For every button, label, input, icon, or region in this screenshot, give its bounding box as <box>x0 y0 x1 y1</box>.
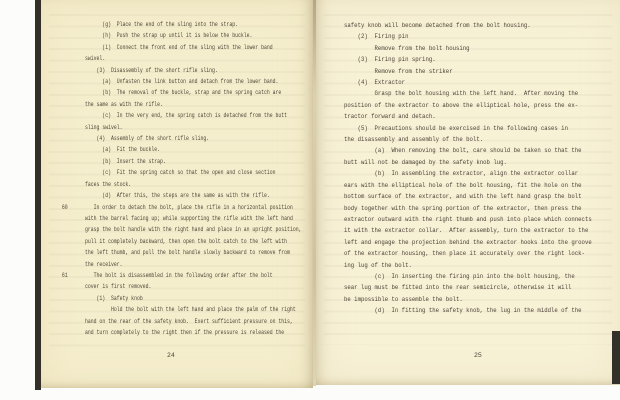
text-line-content: swivel. <box>85 55 105 62</box>
text-line-content: left and engage the projection behind th… <box>344 239 592 246</box>
text-line-content: (d) In fitting the safety knob, the lug … <box>375 307 582 314</box>
text-line-content: Remove from the bolt housing <box>375 45 470 52</box>
text-line: (3) Firing pin spring. <box>344 54 620 65</box>
text-line-content: position of the extractor to above the e… <box>344 102 578 109</box>
text-line-content: hand on the rear of the safety knob. Exe… <box>85 318 293 325</box>
text-line-content: pull it completely backward, then open t… <box>85 238 287 245</box>
text-line: ing lug of the bolt. <box>344 260 620 271</box>
text-line-content: (h) Push the strap up until it is below … <box>102 32 252 39</box>
text-line-content: (i) Connect the front end of the sling w… <box>102 44 272 51</box>
text-line: Remove from the striker <box>344 66 620 77</box>
book-edge-right <box>612 331 620 384</box>
text-line-content: extractor outward with the right thumb a… <box>344 216 592 223</box>
text-line: (d) In fitting the safety knob, the lug … <box>344 305 620 316</box>
text-line-content: it with the extractor collar. After asse… <box>344 227 588 234</box>
text-line-content: with the barrel facing up; while support… <box>85 215 293 222</box>
text-line: the disassembly and assembly of the bolt… <box>344 134 620 145</box>
text-line-content: body together with the spring portion of… <box>344 205 582 212</box>
text-line-content: ing lug of the bolt. <box>344 262 412 269</box>
text-line-content: sling swivel. <box>85 124 123 131</box>
paragraph-number: 60 <box>62 202 68 213</box>
text-line-content: be impossible to assemble the bolt. <box>344 296 463 303</box>
text-line: extractor outward with the right thumb a… <box>344 214 620 225</box>
text-line: (5) Precautions should be exercised in t… <box>344 123 620 134</box>
text-line-content: (c) In the very end, the spring catch is… <box>102 112 287 119</box>
text-line-content: (3) Firing pin spring. <box>358 56 436 63</box>
text-line: safety knob will become detached from th… <box>344 20 620 31</box>
text-line-content: (a) Unfasten the link button and detach … <box>102 78 278 85</box>
text-line-content: grasp the bolt handle with the right han… <box>85 226 301 233</box>
text-line-content: (3) Disassembly of the short rifle sling… <box>97 67 218 74</box>
text-line-content: tractor forward and detach. <box>344 113 436 120</box>
text-line: (2) Firing pin <box>344 31 620 42</box>
text-line-content: (g) Place the end of the sling into the … <box>102 21 238 28</box>
text-line-content: (d) After this, the steps are the same a… <box>102 192 269 199</box>
text-line-content: (b) Insert the strap. <box>102 158 166 165</box>
text-line: body together with the spring portion of… <box>344 203 620 214</box>
text-line-content: In order to detach the bolt, place the r… <box>94 204 293 211</box>
page-right-text: safety knob will become detached from th… <box>344 20 620 317</box>
text-line-content: bottom surface of the extractor, and wit… <box>344 193 582 200</box>
text-line-content: (4) Assembly of the short rifle sling. <box>97 135 210 142</box>
text-line-content: the same as with the rifle. <box>85 101 163 108</box>
text-line-content: butt will not be damaged by the safety k… <box>344 159 507 166</box>
text-line-content: (5) Precautions should be exercised in t… <box>358 125 568 132</box>
text-line: butt will not be damaged by the safety k… <box>344 157 620 168</box>
text-line-content: (c) In inserting the firing pin into the… <box>375 273 575 280</box>
document-scan: (g) Place the end of the sling into the … <box>0 0 620 400</box>
text-line-content: (1) Safety knob <box>97 295 143 302</box>
text-line: Grasp the bolt housing with the left han… <box>344 88 620 99</box>
text-line-content: (c) Fit the spring catch so that the ope… <box>102 169 275 176</box>
text-line: ears with the elliptical hole of the bol… <box>344 180 620 191</box>
text-line-content: The bolt is disassembled in the followin… <box>94 272 273 279</box>
text-line-content: (b) The removal of the buckle, strap and… <box>102 89 281 96</box>
text-line-content: faces the stock. <box>85 181 131 188</box>
text-line-content: the receiver. <box>85 261 123 268</box>
text-line-content: Remove from the striker <box>375 68 453 75</box>
text-line: Remove from the bolt housing <box>344 43 620 54</box>
page-left: (g) Place the end of the sling into the … <box>41 0 313 388</box>
page-right: safety knob will become detached from th… <box>316 0 620 385</box>
page-number-right: 25 <box>474 352 482 359</box>
text-line: (b) In assembling the extractor, align t… <box>344 168 620 179</box>
text-line: it with the extractor collar. After asse… <box>344 225 620 236</box>
text-line: tractor forward and detach. <box>344 111 620 122</box>
text-line: sear lug must be fitted into the rear se… <box>344 282 620 293</box>
text-line: of the extractor housing, then place it … <box>344 248 620 259</box>
text-line-content: (a) When removing the bolt, care should … <box>375 147 582 154</box>
text-line-content: safety knob will become detached from th… <box>344 22 531 29</box>
text-line-content: (4) Extractor <box>358 79 406 86</box>
text-line-content: Hold the bolt with the left hand and pla… <box>111 306 296 313</box>
text-line: position of the extractor to above the e… <box>344 100 620 111</box>
text-line-content: the disassembly and assembly of the bolt… <box>344 136 483 143</box>
text-line-content: (a) Fit the buckle. <box>102 146 160 153</box>
text-line: left and engage the projection behind th… <box>344 237 620 248</box>
text-line: (4) Extractor <box>344 77 620 88</box>
text-line: be impossible to assemble the bolt. <box>344 294 620 305</box>
text-line-content: of the extractor housing, then place it … <box>344 250 585 257</box>
text-line: (c) In inserting the firing pin into the… <box>344 271 620 282</box>
page-number-left: 24 <box>167 352 175 359</box>
text-line-content: (b) In assembling the extractor, align t… <box>375 170 579 177</box>
text-line: bottom surface of the extractor, and wit… <box>344 191 620 202</box>
text-line: (a) When removing the bolt, care should … <box>344 145 620 156</box>
text-line-content: sear lug must be fitted into the rear se… <box>344 284 571 291</box>
paragraph-number: 61 <box>62 270 68 281</box>
text-line-content: cover is first removed. <box>85 283 151 290</box>
text-line-content: ears with the elliptical hole of the bol… <box>344 182 582 189</box>
text-line-content: (2) Firing pin <box>358 33 409 40</box>
text-line-content: Grasp the bolt housing with the left han… <box>375 90 579 97</box>
text-line-content: and turn completely to the right then if… <box>85 329 284 336</box>
text-line-content: the left thumb, and pull the bolt handle… <box>85 249 290 256</box>
